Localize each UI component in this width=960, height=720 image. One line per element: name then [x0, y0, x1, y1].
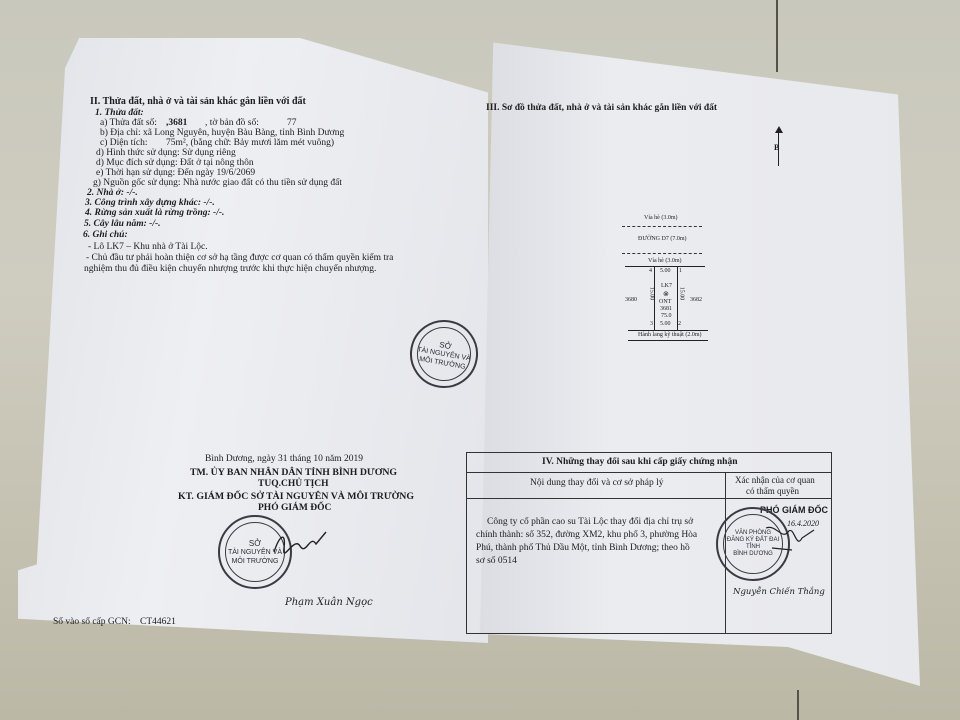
corner-3: 3: [650, 321, 653, 328]
item-production-forest: 4. Rừng sản xuất là rừng trồng: -/-.: [85, 208, 224, 219]
item-perennial-trees: 5. Cây lâu năm: -/-.: [84, 219, 161, 230]
confirm-signer-name: Nguyễn Chiến Thắng: [733, 587, 825, 597]
stamp-line: SỞ: [249, 539, 261, 548]
sidewalk-bottom-label: Vỉa hè (3.0m): [648, 258, 682, 265]
handwritten-signature: [270, 528, 330, 558]
change-content-line: Phú, thành phố Thủ Dầu Một, tỉnh Bình Dư…: [476, 543, 690, 554]
handwritten-signature: [762, 520, 817, 555]
changes-col2-header-line2: có thẩm quyền: [746, 486, 799, 497]
neighbor-left: 3680: [625, 297, 637, 304]
corner-1: 1: [679, 268, 682, 275]
section-ii-title: II. Thửa đất, nhà ở và tài sản khác gắn …: [90, 96, 306, 107]
issue-date-line: Bình Dương, ngày 31 tháng 10 năm 2019: [205, 454, 363, 465]
floor-tile-seam: [776, 0, 778, 72]
changes-col2-header-line1: Xác nhận của cơ quan: [735, 475, 815, 486]
corner-2: 2: [678, 321, 681, 328]
registry-label: Số vào sổ cấp GCN:: [53, 617, 131, 628]
changes-table-title: IV. Những thay đổi sau khi cấp giấy chứn…: [542, 457, 738, 468]
lot-marker-icon: ⊗: [663, 291, 669, 298]
stamp-line: SỞ: [439, 340, 453, 351]
neighbor-right: 3682: [690, 297, 702, 304]
north-arrow-icon: B: [774, 126, 784, 166]
corridor-edge: [628, 340, 708, 341]
sidewalk-edge: [625, 266, 705, 267]
table-divider: [725, 498, 831, 499]
note-investor-line1: - Chủ đầu tư phải hoàn thiện cơ sở hạ tầ…: [86, 253, 393, 264]
bottom-width: 5.00: [660, 321, 671, 328]
technical-corridor: Hành lang kỹ thuật (2.0m): [638, 332, 702, 339]
change-content-line: sơ số 0514: [476, 556, 517, 567]
change-content-line: chính thành: số 352, đường XM2, khu phố …: [476, 530, 697, 541]
corner-4: 4: [649, 268, 652, 275]
signer-name: Phạm Xuân Ngọc: [285, 597, 373, 608]
signature-authority-line: TUQ.CHỦ TỊCH: [258, 479, 329, 490]
stamp-line: TỈNH: [746, 544, 760, 551]
north-label: B: [774, 142, 779, 153]
land-type: ONT: [659, 299, 671, 306]
note-investor-line2: nghiệm thu đủ điều kiện chuyển nhượng tr…: [84, 264, 376, 275]
signature-org-line: TM. ỦY BAN NHÂN DÂN TỈNH BÌNH DƯƠNG: [190, 467, 397, 478]
change-content-line: Công ty cổ phần cao su Tài Lộc thay đổi …: [487, 517, 693, 528]
stamp-line: MÔI TRƯỜNG: [419, 354, 467, 371]
signature-department-line: KT. GIÁM ĐỐC SỞ TÀI NGUYÊN VÀ MÔI TRƯỜNG: [178, 491, 414, 502]
table-divider: [467, 472, 831, 473]
parcel-no: 3681: [660, 306, 672, 313]
signature-title-line: PHÓ GIÁM ĐỐC: [258, 503, 331, 514]
floor-tile-seam: [797, 690, 799, 720]
item-notes-heading: 6. Ghi chú:: [83, 230, 128, 241]
lot-label: LK7: [661, 283, 672, 290]
table-divider: [467, 498, 725, 499]
stamp-line: TÀI NGUYÊN VÀ: [417, 345, 472, 363]
top-width: 5.00: [660, 268, 671, 275]
note-lot: - Lô LK7 – Khu nhà ở Tài Lộc.: [88, 242, 208, 253]
sidewalk-top-label: Vỉa hè (3.0m): [644, 215, 678, 222]
changes-col1-header: Nội dung thay đổi và cơ sở pháp lý: [530, 478, 664, 489]
corridor-edge: [628, 330, 708, 331]
road-label: ĐƯỜNG D7 (7.0m): [638, 236, 686, 243]
right-length: 15.00: [677, 287, 684, 301]
parcel-area: 75.0: [661, 313, 672, 320]
section-iii-title: III. Sơ đồ thửa đất, nhà ở và tài sản kh…: [486, 103, 717, 114]
registry-value: CT44621: [140, 617, 176, 628]
left-length: 15.00: [647, 287, 654, 301]
sidewalk-boundary: [622, 226, 702, 227]
sidewalk-boundary: [622, 253, 702, 254]
